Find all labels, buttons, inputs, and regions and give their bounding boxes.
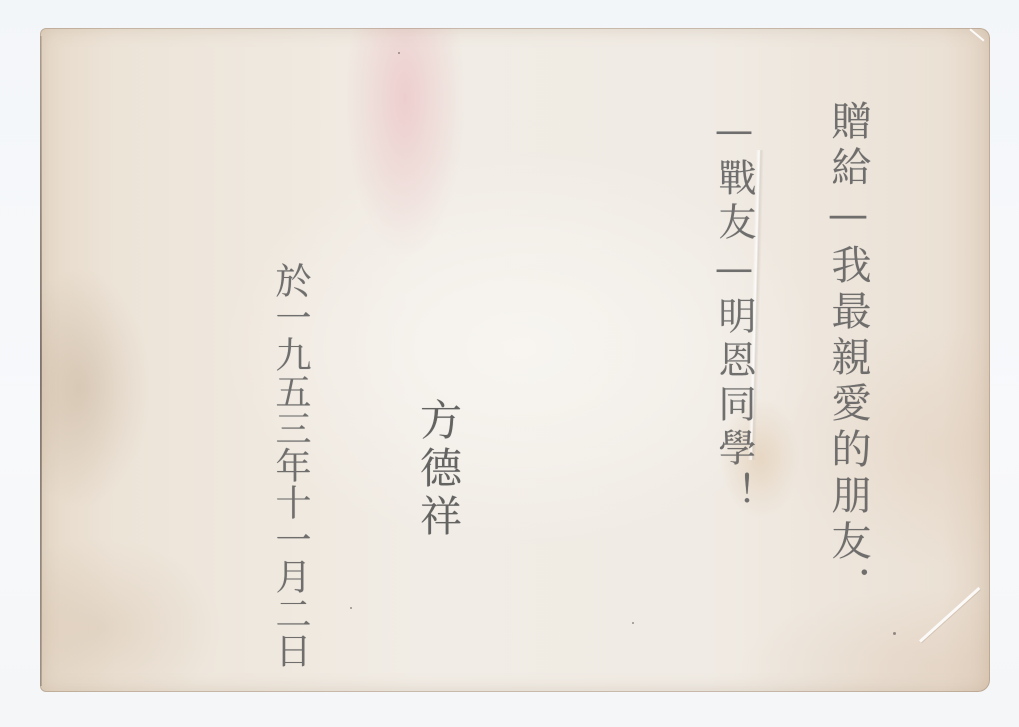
paper-speck: [893, 632, 896, 635]
paper-left-edge: [40, 36, 42, 686]
signature-text: 方德祥: [408, 398, 468, 618]
recipient-text: —戰友—明恩同學！: [706, 108, 762, 628]
paper-speck: [350, 607, 352, 609]
paper-speck: [398, 52, 400, 54]
paper-speck: [632, 622, 634, 624]
date-text: 於一九五三年十一月二日: [264, 262, 316, 682]
dedication-text: 贈給—我最親愛的朋友．: [818, 100, 878, 640]
